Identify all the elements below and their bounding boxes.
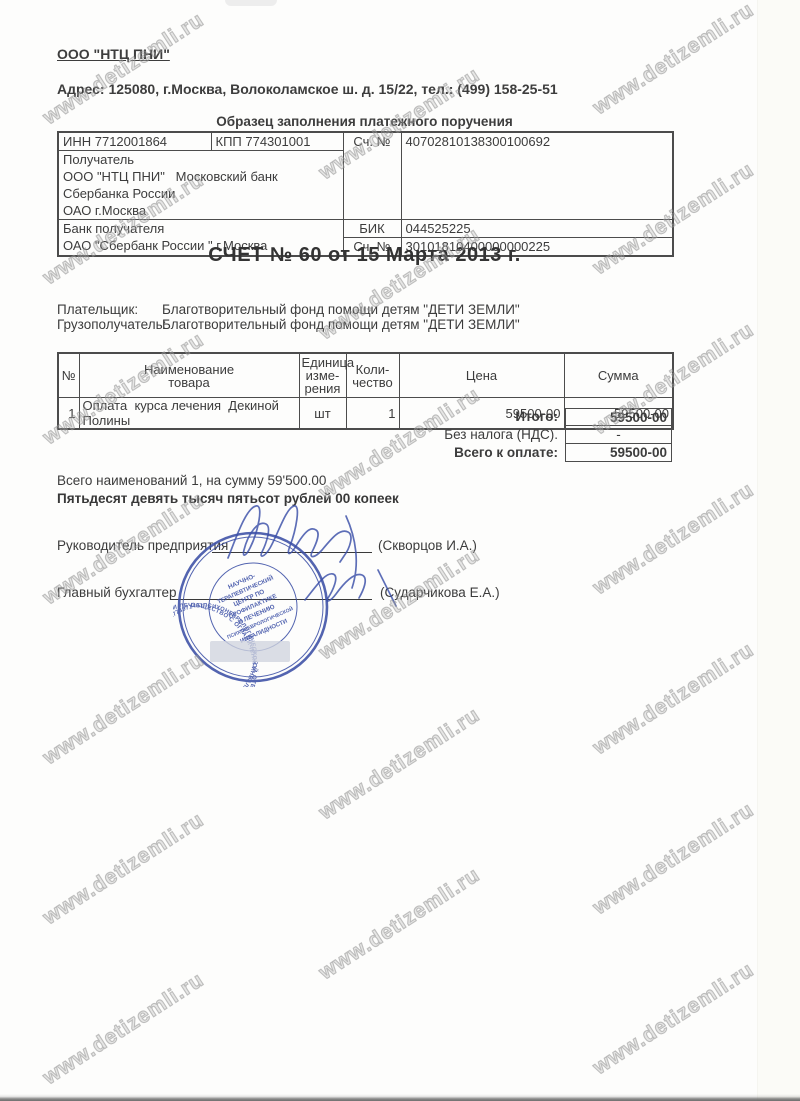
bik-value-cell: 044525225 <box>401 220 673 238</box>
scanned-invoice-page: ООО "НТЦ ПНИ" Адрес: 125080, г.Москва, В… <box>0 0 800 1101</box>
totals-block: Итого: 59500-00 Без налога (НДС). - Всег… <box>57 408 672 462</box>
watermark-text: www.detizemli.ru <box>589 958 759 1080</box>
bank-details-table: ИНН 7712001864 КПП 774301001 Сч. № 40702… <box>57 131 674 257</box>
total-value: 59500-00 <box>565 443 672 463</box>
payer-label: Плательщик: <box>57 302 162 317</box>
recipient-name-line1: ООО "НТЦ ПНИ" Московский банк Сбербанка … <box>63 168 339 202</box>
total-value: 59500-00 <box>565 408 672 426</box>
watermark-text: www.detizemli.ru <box>589 638 759 760</box>
account-label-cell: Сч. № <box>343 132 401 220</box>
recipient-name-line2: ОАО г.Москва <box>63 202 339 219</box>
recipient-bank-label: Банк получателя <box>63 220 339 237</box>
col-header-unit: Единица изме- рения <box>299 353 346 398</box>
watermark-text: www.detizemli.ru <box>39 968 209 1090</box>
total-label: Всего к оплате: <box>57 444 565 462</box>
scan-edge-bottom <box>0 1094 800 1101</box>
total-row-itogo: Итого: 59500-00 <box>57 408 672 426</box>
scan-edge-right <box>757 0 800 1101</box>
invoice-title: СЧЕТ № 60 от 15 Марта 2013 г. <box>57 244 672 267</box>
director-signature-stroke <box>228 506 351 562</box>
watermark-text: www.detizemli.ru <box>39 808 209 930</box>
consignee-row: Грузополучатель: Благотворительный фонд … <box>57 317 162 332</box>
watermark-text: www.detizemli.ru <box>589 0 759 120</box>
watermark-text: www.detizemli.ru <box>315 703 485 825</box>
watermark-text: www.detizemli.ru <box>39 8 209 130</box>
recipient-cell: Получатель ООО "НТЦ ПНИ" Московский банк… <box>58 151 343 220</box>
col-header-sum: Сумма <box>564 353 673 398</box>
total-row-payable: Всего к оплате: 59500-00 <box>57 444 672 462</box>
scan-highlight-artifact <box>210 641 290 662</box>
payer-row: Плательщик: Благотворительный фонд помощ… <box>57 302 162 317</box>
accountant-signature-stroke <box>305 574 365 601</box>
total-value: - <box>565 425 672 445</box>
handwritten-signatures <box>150 488 450 618</box>
col-header-num: № <box>58 353 79 398</box>
bik-label-cell: БИК <box>343 220 401 238</box>
inn-cell: ИНН 7712001864 <box>58 132 211 151</box>
scan-smudge-top <box>225 0 277 6</box>
consignee-label: Грузополучатель: <box>57 317 162 332</box>
recipient-label: Получатель <box>63 151 339 168</box>
watermark-text: www.detizemli.ru <box>589 478 759 600</box>
items-count-line: Всего наименований 1, на сумму 59'500.00 <box>57 473 326 488</box>
total-label: Без налога (НДС). <box>57 426 565 444</box>
accountant-signature-tail <box>378 570 396 606</box>
items-header-row: № Наименование товара Единица изме- рени… <box>58 353 673 398</box>
company-address: Адрес: 125080, г.Москва, Волоколамское ш… <box>57 81 558 97</box>
company-name: ООО "НТЦ ПНИ" <box>57 46 170 62</box>
col-header-name: Наименование товара <box>79 353 299 398</box>
col-header-price: Цена <box>399 353 564 398</box>
watermark-text: www.detizemli.ru <box>315 863 485 985</box>
payer-value: Благотворительный фонд помощи детям "ДЕТ… <box>162 302 520 317</box>
payment-order-caption: Образец заполнения платежного поручения <box>57 114 672 129</box>
kpp-cell: КПП 774301001 <box>211 132 343 151</box>
consignee-value: Благотворительный фонд помощи детям "ДЕТ… <box>162 317 520 332</box>
watermark-text: www.detizemli.ru <box>589 798 759 920</box>
total-row-nds: Без налога (НДС). - <box>57 426 672 444</box>
account-number-cell: 40702810138300100692 <box>401 132 673 220</box>
total-label: Итого: <box>57 408 565 426</box>
